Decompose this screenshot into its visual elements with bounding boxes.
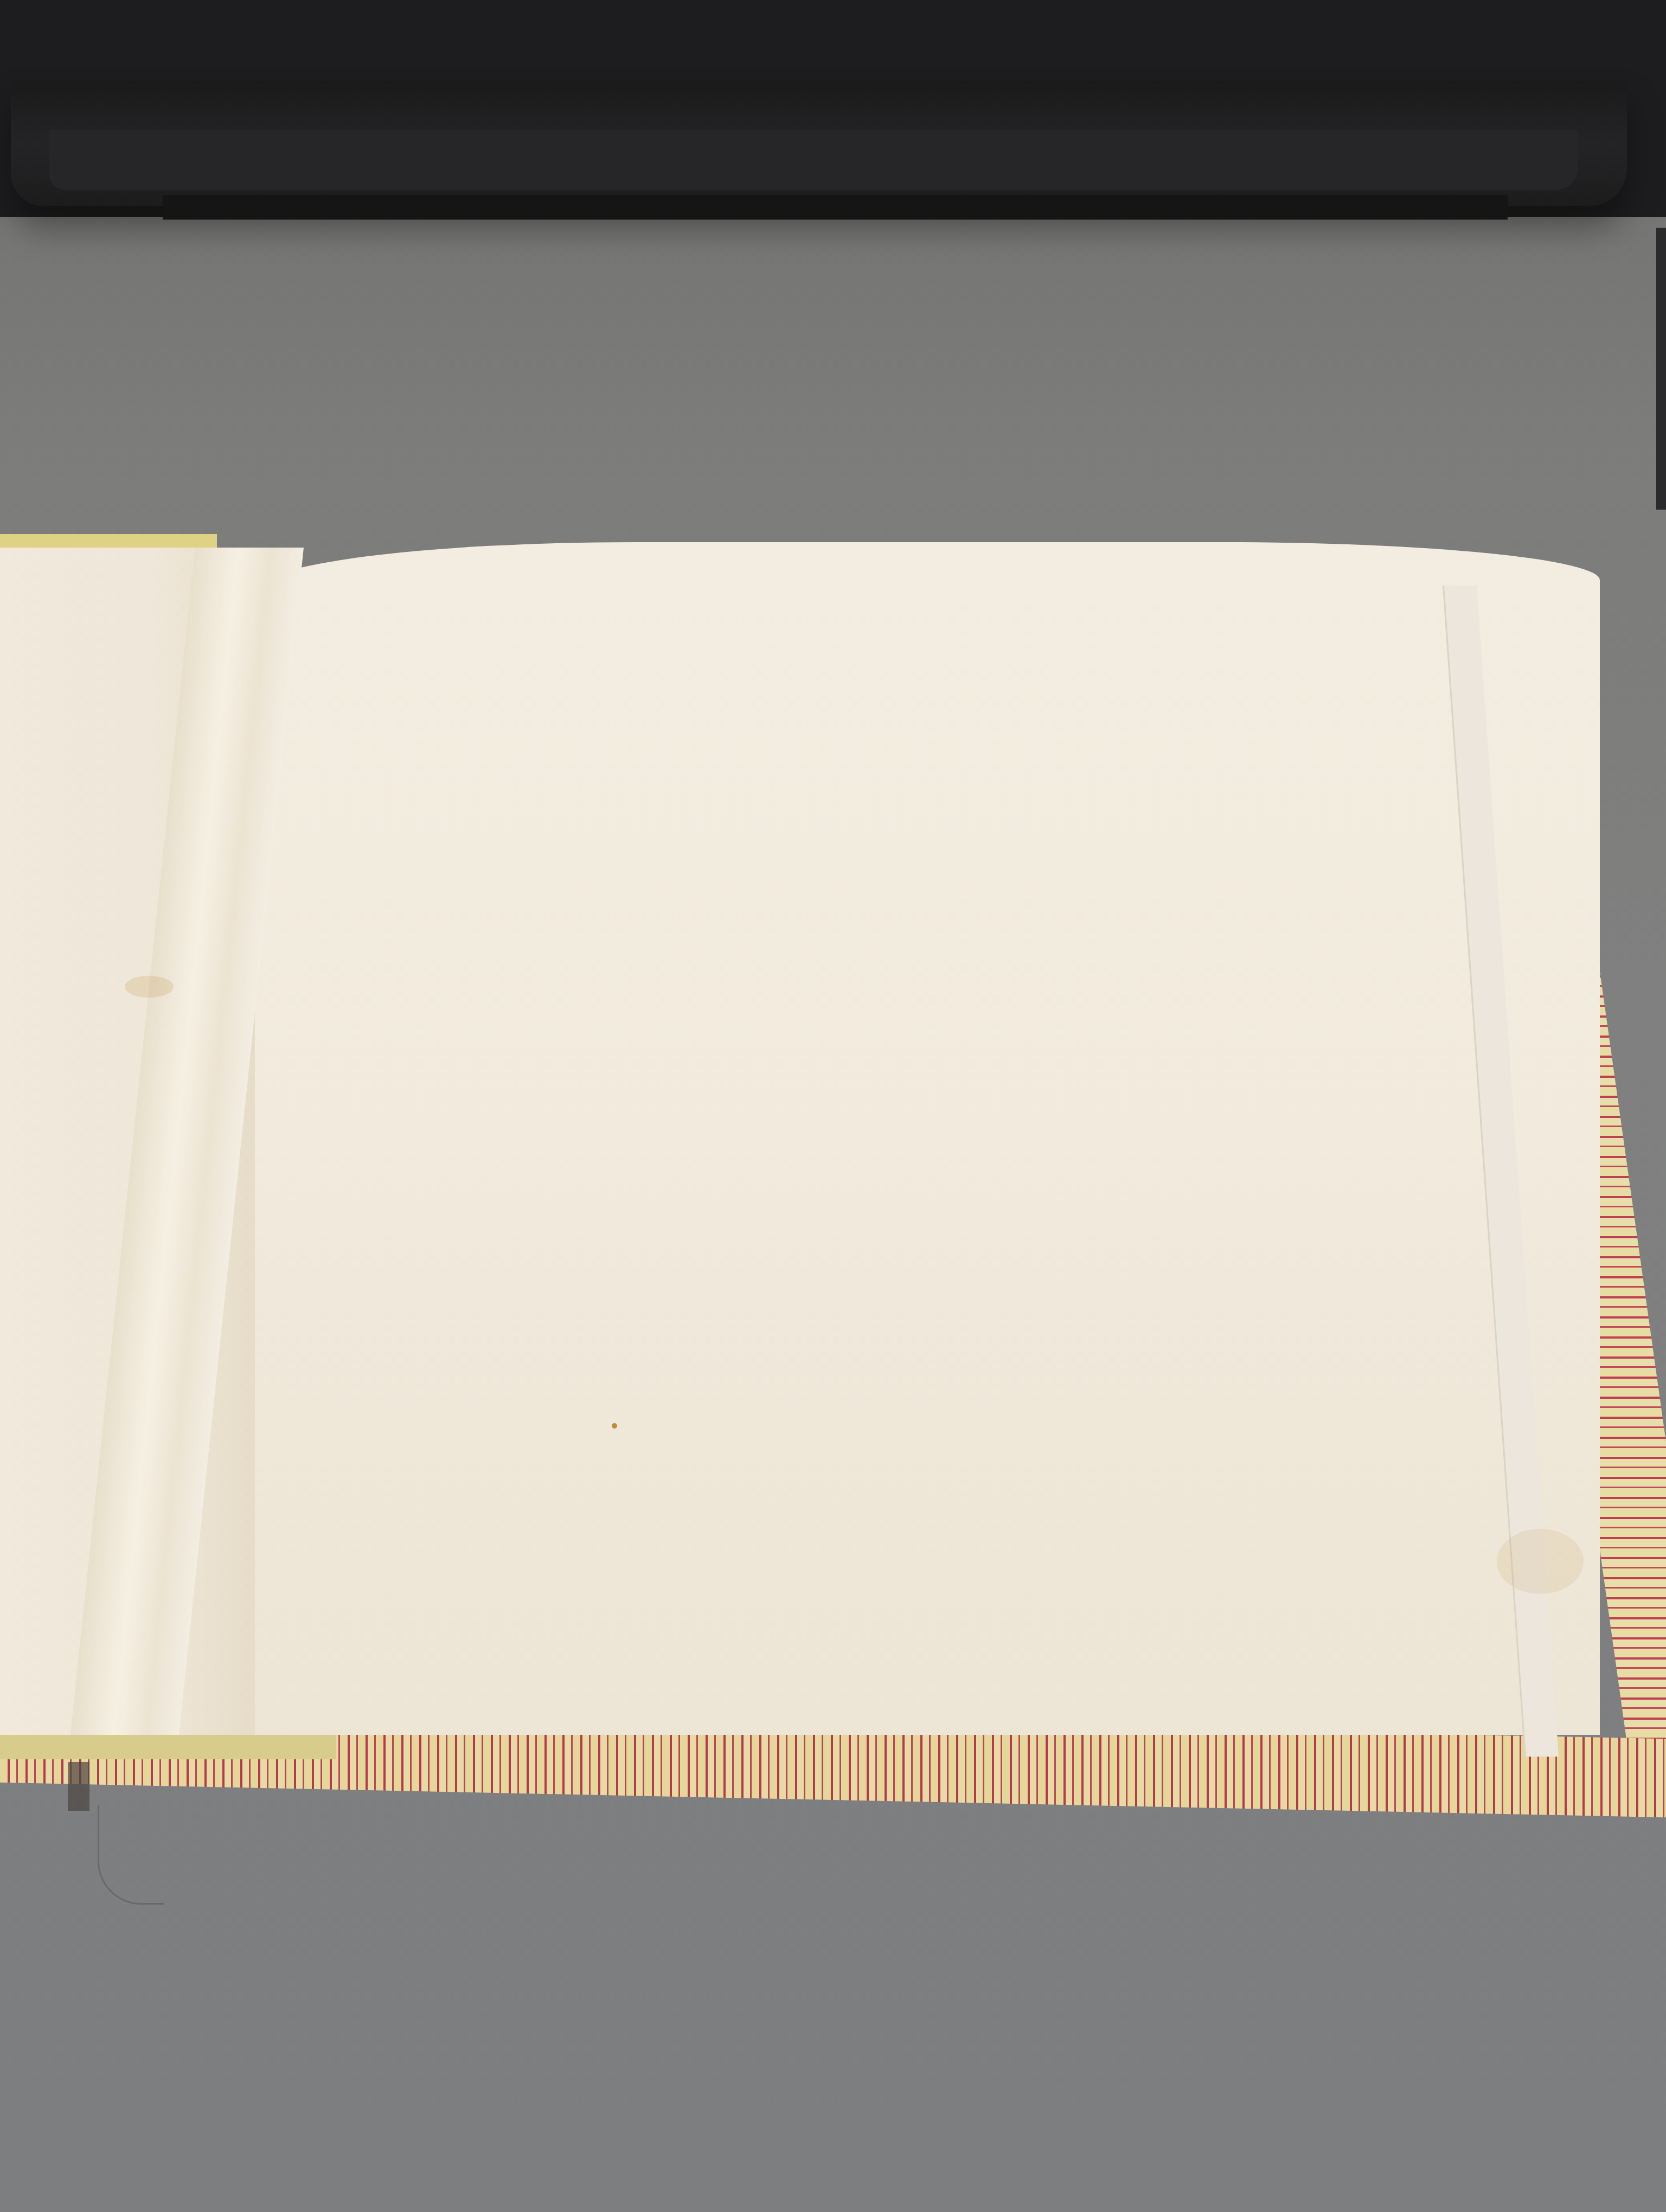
- right-blank-page: [255, 542, 1600, 1735]
- paper-fleck: [612, 1423, 617, 1429]
- frayed-cloth: [68, 1762, 89, 1811]
- foxing-stain: [125, 976, 174, 998]
- black-case-foot: [163, 195, 1508, 220]
- foxing-stain: [1497, 1529, 1584, 1594]
- black-case-band: [49, 130, 1578, 190]
- background-object-edge: [1656, 228, 1666, 510]
